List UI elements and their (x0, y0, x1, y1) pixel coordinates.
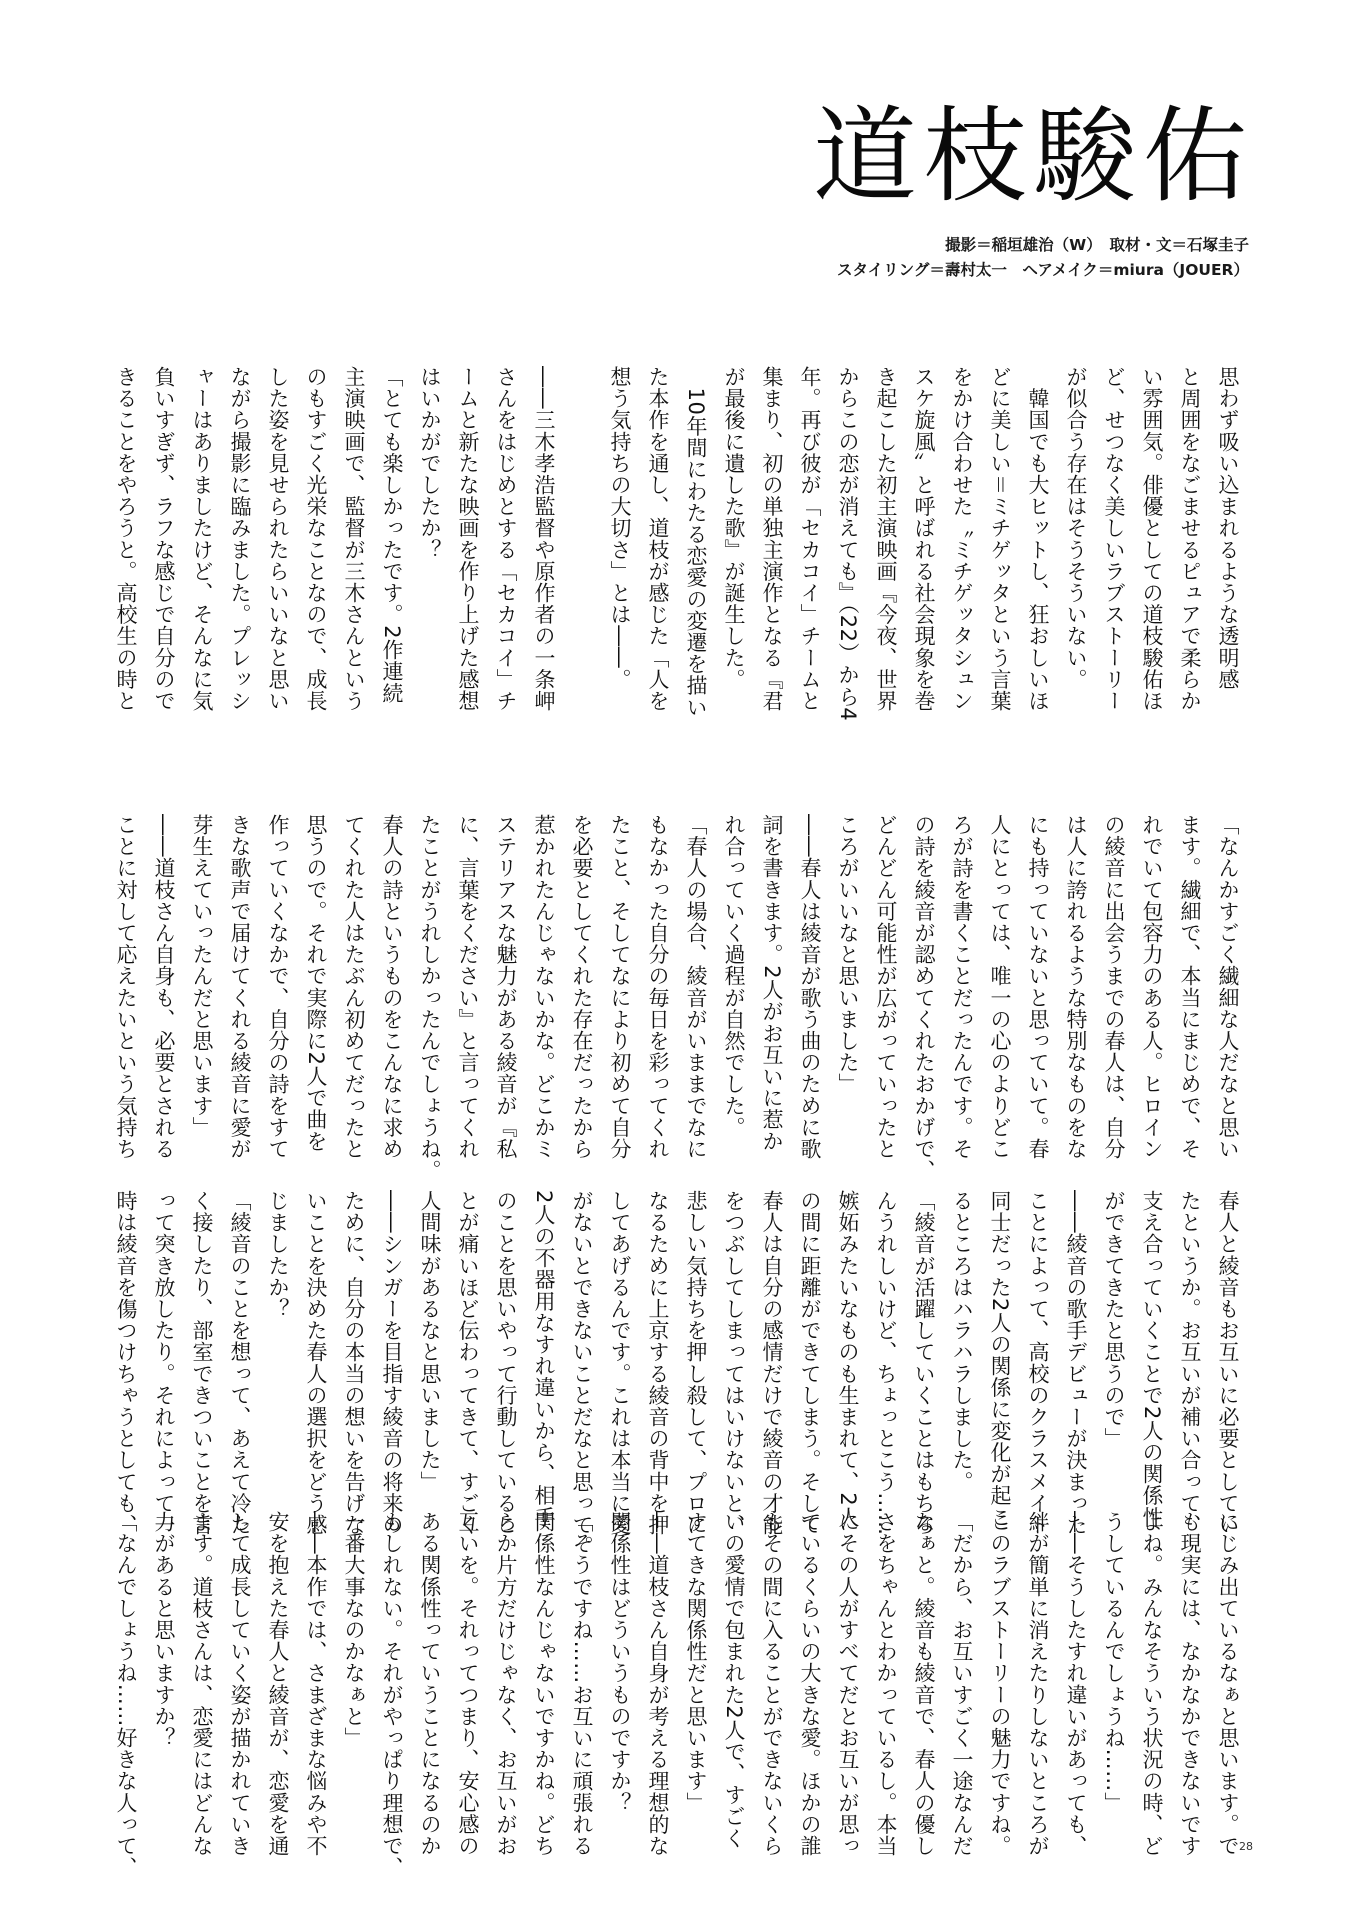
text-column: 「そうですね……お互いに頑張れる (563, 1511, 601, 1907)
text-column: のもすごく光栄なことなので、成長 (297, 366, 335, 762)
text-column: 一番大事なのかなぁと」 (335, 1511, 373, 1907)
text-column: れでいて包容力のある人。ヒロイン (1133, 814, 1171, 1210)
text-column: このラブストーリーの魅力ですね。 (981, 1511, 1019, 1907)
text-column: ステリアスな魅力がある綾音が『私 (487, 814, 525, 1210)
text-column: 関係性はどういうものですか？ (601, 1511, 639, 1907)
text-column: いの愛情で包まれた2人で、すごく (715, 1511, 753, 1907)
text-column: 芽生えていったんだと思います」 (183, 814, 221, 1210)
text-column: 10年間にわたる恋愛の変遷を描い (677, 366, 715, 762)
text-column: と周囲をなごませるピュアで柔らか (1171, 366, 1209, 762)
text-column: 思うので。それで実際に2人で曲を (297, 814, 335, 1210)
page-number: 28 (1239, 1840, 1253, 1853)
text-column: ます。道枝さんは、恋愛にはどんな (183, 1511, 221, 1907)
text-column: い雰囲気。俳優としての道枝駿佑ほ (1133, 366, 1171, 762)
text-column: どに美しい＝ミチゲッタという言葉 (981, 366, 1019, 762)
text-column: の詩を綾音が認めてくれたおかげで、 (905, 814, 943, 1210)
text-column: からこの恋が消えても』（22）から4 (829, 366, 867, 762)
text-column: を必要としてくれた存在だったから (563, 814, 601, 1210)
text-column: よね。みんなそういう状況の時、ど (1133, 1511, 1171, 1907)
text-column: はいかがでしたか？ (411, 366, 449, 762)
text-column: もその間に入ることができないくら (753, 1511, 791, 1907)
text-column: 「なんかすごく繊細な人だなと思い (1209, 814, 1247, 1210)
text-column: 春人の詩というものをこんなに求め (373, 814, 411, 1210)
text-column: うしているんでしょうね……」 (1095, 1511, 1133, 1907)
text-column: さをちゃんとわかっているし。本当 (867, 1511, 905, 1907)
text-column: は人に誇れるような特別なものをな (1057, 814, 1095, 1210)
credits-photo-writer: 撮影＝稲垣雄治（W） 取材・文＝石塚圭子 (837, 233, 1249, 258)
text-column: 韓国でも大ヒットし、狂おしいほ (1019, 366, 1057, 762)
text-column: 力があると思いますか？ (145, 1511, 183, 1907)
text-column: 思わず吸い込まれるような透明感 (1209, 366, 1247, 762)
text-column: 「だから、お互いすごく一途なんだ (943, 1511, 981, 1907)
credits-styling-hairmake: スタイリング＝壽村太一 ヘアメイク＝miura（JOUER） (837, 258, 1249, 283)
text-column: にも持っていないと思っていて。春 (1019, 814, 1057, 1210)
text-column: れ合っていく過程が自然でした。 (715, 814, 753, 1210)
text-column: 惹かれたんじゃないかな。どこかミ (525, 814, 563, 1210)
text-column: ころがいいなと思いました」 (829, 814, 867, 1210)
credits: 撮影＝稲垣雄治（W） 取材・文＝石塚圭子 スタイリング＝壽村太一 ヘアメイク＝m… (837, 233, 1249, 283)
text-column: が最後に遺した歌』が誕生した。 (715, 366, 753, 762)
text-column: きな歌声で届けてくれる綾音に愛が (221, 814, 259, 1210)
text-column: た本作を通し、道枝が感じた「人を (639, 366, 677, 762)
text-column: たこと、そしてなにより初めて自分 (601, 814, 639, 1210)
text-column: ームと新たな映画を作り上げた感想 (449, 366, 487, 762)
text-column: きることをやろうと。高校生の時と (107, 366, 145, 762)
article-title: 道枝駿佑 (813, 104, 1253, 208)
text-column: 想う気持ちの大切さ」とは――。 (601, 366, 639, 762)
text-column: 人にとっては、唯一の心のよりどこ (981, 814, 1019, 1210)
text-column: ――そうしたすれ違いがあっても、 (1057, 1511, 1095, 1907)
text-column: ――道枝さん自身が考える理想的な (639, 1511, 677, 1907)
text-column: に、言葉をください』と言ってくれ (449, 814, 487, 1210)
text-column: 負いすぎず、ラフな感じで自分ので (145, 366, 183, 762)
text-column: 互いを。それってつまり、安心感の (449, 1511, 487, 1907)
text-column: 安を抱えた春人と綾音が、恋愛を通 (259, 1511, 297, 1907)
text-column: らか片方だけじゃなく、お互いがお (487, 1511, 525, 1907)
text-column: たことがうれしかったんでしょうね。 (411, 814, 449, 1210)
text-column (563, 366, 601, 762)
text-column: き起こした初主演映画『今夜、世界 (867, 366, 905, 762)
text-column: ど、せつなく美しいラブストーリー (1095, 366, 1133, 762)
text-column: 主演映画で、監督が三木さんという (335, 366, 373, 762)
text-column: どんどん可能性が広がっていったと (867, 814, 905, 1210)
text-column: した姿を見せられたらいいなと思い (259, 366, 297, 762)
text-column: 年。再び彼が「セカコイ」チームと (791, 366, 829, 762)
text-column: をかけ合わせた〝ミチゲッタシュン (943, 366, 981, 762)
text-column: スケ旋風〟と呼ばれる社会現象を巻 (905, 366, 943, 762)
text-column: 集まり、初の単独主演作となる『君 (753, 366, 791, 762)
text-column: さんをはじめとする「セカコイ」チ (487, 366, 525, 762)
text-column: ながら撮影に臨みました。プレッシ (221, 366, 259, 762)
text-column: 「春人の場合、綾音がいままでなに (677, 814, 715, 1210)
text-column: も現実には、なかなかできないです (1171, 1511, 1209, 1907)
text-column: もなかった自分の毎日を彩ってくれ (639, 814, 677, 1210)
text-column: 詞を書きます。2人がお互いに惹か (753, 814, 791, 1210)
text-column: もしれない。それがやっぱり理想で、 (373, 1511, 411, 1907)
body-tier-4: にじみ出ているなぁと思います。でも現実には、なかなかできないですよね。みんなそう… (107, 1511, 1247, 1907)
body-tier-2: 「なんかすごく繊細な人だなと思います。繊細で、本当にまじめで、それでいて包容力の… (107, 814, 1247, 1210)
text-column: なぁと。綾音も綾音で、春人の優し (905, 1511, 943, 1907)
text-column: 「とても楽しかったです。2作連続 (373, 366, 411, 762)
text-column: ャーはありましたけど、そんなに気 (183, 366, 221, 762)
text-column: 「なんでしょうね……好きな人って、 (107, 1511, 145, 1907)
text-column: ているくらいの大きな愛。ほかの誰 (791, 1511, 829, 1907)
text-column: ――本作では、さまざまな悩みや不 (297, 1511, 335, 1907)
text-column: てくれた人はたぶん初めてだったと (335, 814, 373, 1210)
text-column: にその人がすべてだとお互いが思っ (829, 1511, 867, 1907)
text-column: ――三木孝浩監督や原作者の一条岬 (525, 366, 563, 762)
text-column: ことに対して応えたいという気持ち (107, 814, 145, 1210)
text-column: ――道枝さん自身も、必要とされる (145, 814, 183, 1210)
text-column: ます。繊細で、本当にまじめで、そ (1171, 814, 1209, 1210)
text-column: 関係性なんじゃないですかね。どち (525, 1511, 563, 1907)
text-column: して成長していく姿が描かれていき (221, 1511, 259, 1907)
text-column: ろが詩を書くことだったんです。そ (943, 814, 981, 1210)
text-column: ある関係性っていうことになるのか (411, 1511, 449, 1907)
text-column: 絆が簡単に消えたりしないところが (1019, 1511, 1057, 1907)
text-column: ――春人は綾音が歌う曲のために歌 (791, 814, 829, 1210)
text-column: の綾音に出会うまでの春人は、自分 (1095, 814, 1133, 1210)
text-column: が似合う存在はそうそういない。 (1057, 366, 1095, 762)
text-column: すてきな関係性だと思います」 (677, 1511, 715, 1907)
body-tier-1: 思わず吸い込まれるような透明感と周囲をなごませるピュアで柔らかい雰囲気。俳優とし… (107, 366, 1247, 762)
text-column: 作っていくなかで、自分の詩をすて (259, 814, 297, 1210)
